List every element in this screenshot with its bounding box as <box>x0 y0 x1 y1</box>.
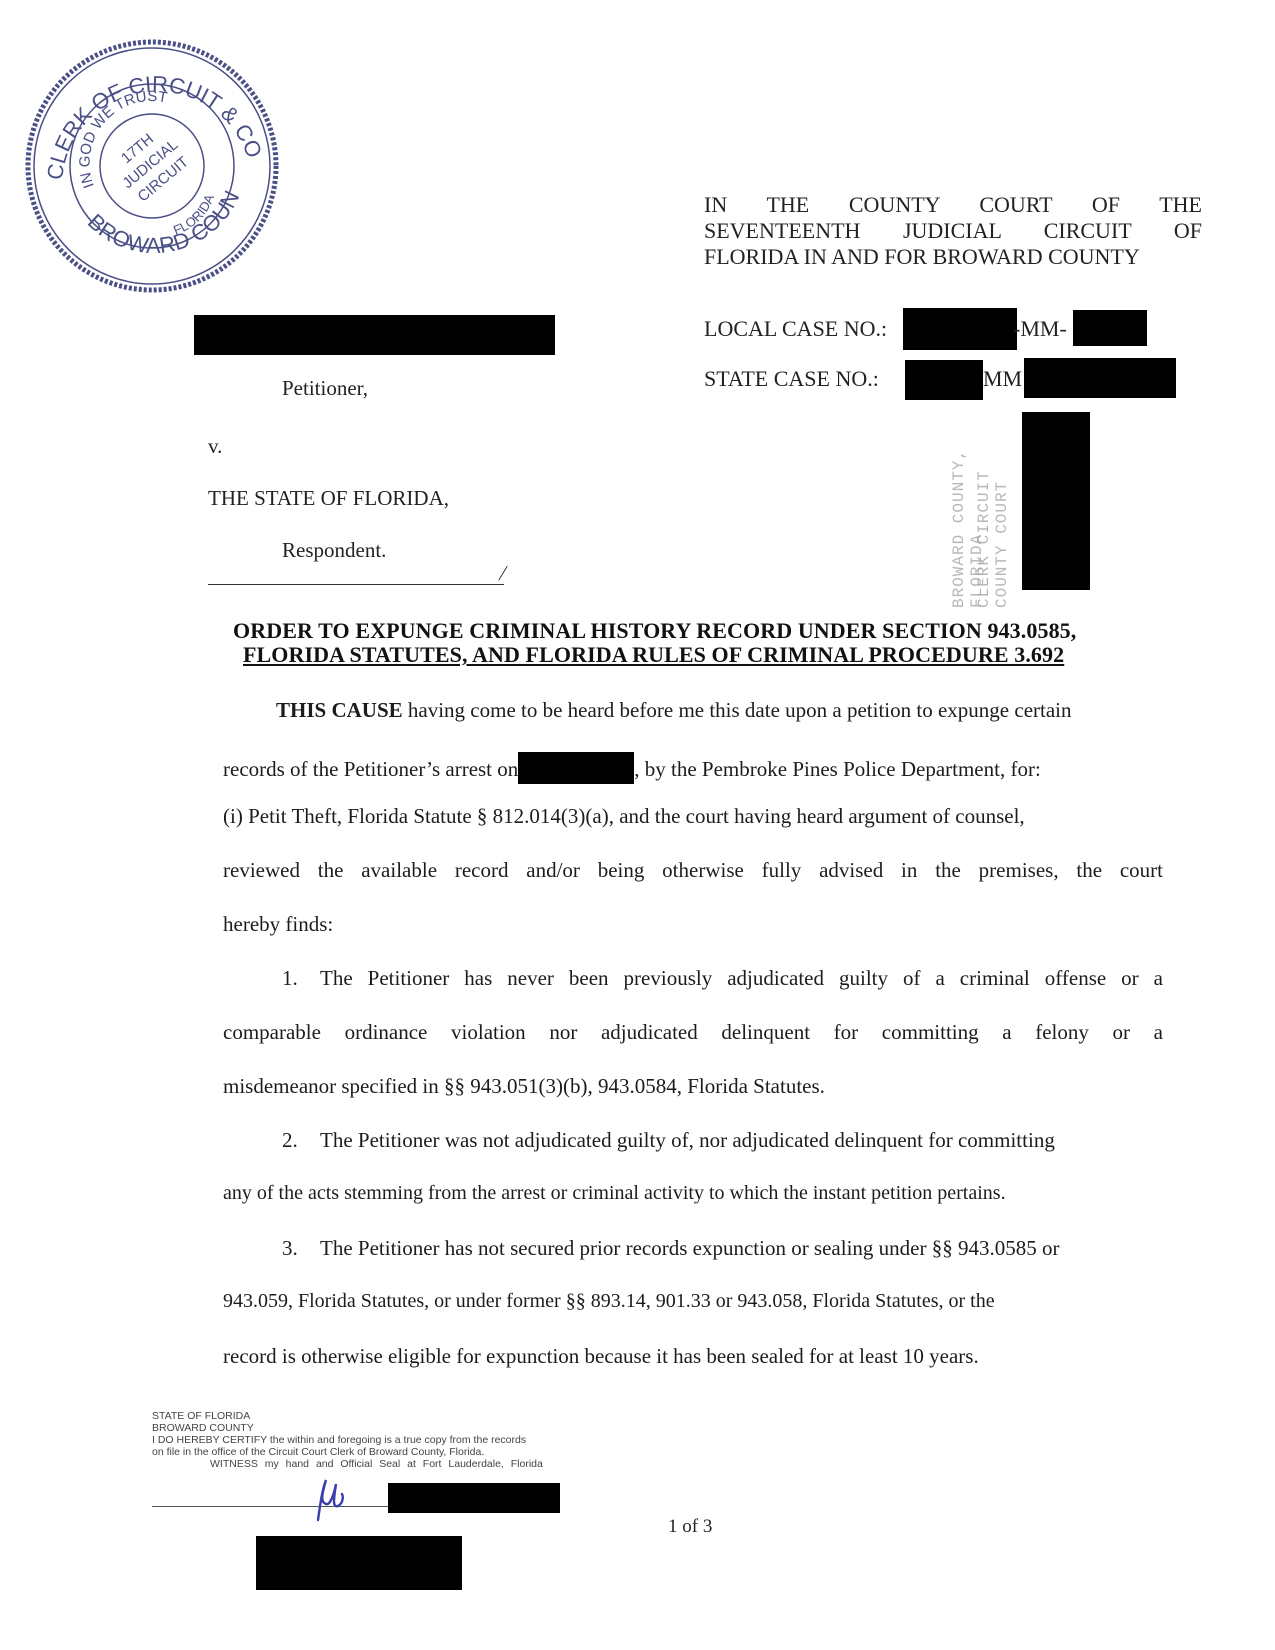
intro-line-2: records of the Petitioner’s arrest on, b… <box>223 752 1163 784</box>
court-line-2: SEVENTEENTH JUDICIAL CIRCUIT OF <box>704 218 1202 244</box>
court-caption: IN THE COUNTY COURT OF THE SEVENTEENTH J… <box>704 192 1202 270</box>
finding-2-line-2: any of the acts stemming from the arrest… <box>223 1182 1163 1205</box>
cert-line-3: I DO HEREBY CERTIFY the within and foreg… <box>152 1434 543 1446</box>
finding-1-line-1: The Petitioner has never been previously… <box>320 966 1163 991</box>
local-case-label: LOCAL CASE NO.: <box>704 316 887 342</box>
finding-1-line-3: misdemeanor specified in §§ 943.051(3)(b… <box>223 1074 1163 1099</box>
redacted-state-case-suffix <box>1024 358 1176 398</box>
certification-block: STATE OF FLORIDA BROWARD COUNTY I DO HER… <box>152 1410 543 1470</box>
redacted-local-case-suffix <box>1073 310 1147 346</box>
cert-line-5: WITNESS my hand and Official Seal at For… <box>152 1458 543 1470</box>
order-title-line-1: ORDER TO EXPUNGE CRIMINAL HISTORY RECORD… <box>233 618 1076 644</box>
intro-line-2-pre: records of the Petitioner’s arrest on <box>223 757 518 781</box>
page-number: 1 of 3 <box>668 1516 712 1538</box>
finding-1-number: 1. <box>282 966 306 991</box>
finding-3-line-1: The Petitioner has not secured prior rec… <box>320 1236 1163 1261</box>
local-case-mid: -MM- <box>1013 316 1067 342</box>
signature-line <box>152 1506 392 1507</box>
finding-3-line-2: 943.059, Florida Statutes, or under form… <box>223 1290 1163 1313</box>
intro-line-2-post: , by the Pembroke Pines Police Departmen… <box>634 757 1041 781</box>
redacted-arrest-date <box>518 752 634 784</box>
state-case-label: STATE CASE NO.: <box>704 366 879 392</box>
intro-bold: THIS CAUSE <box>276 698 403 722</box>
court-line-3: FLORIDA IN AND FOR BROWARD COUNTY <box>704 244 1202 270</box>
intro-line-5: hereby finds: <box>223 912 1163 937</box>
clerk-stamp-line-1: CLERK CIRCUIT COUNTY COURT <box>975 398 1011 608</box>
clerk-court-seal: CLERK OF CIRCUIT & COUNTY COURT BROWARD … <box>22 36 282 296</box>
finding-2-number: 2. <box>282 1128 306 1153</box>
redacted-state-case-prefix <box>905 360 983 400</box>
respondent-label: Respondent. <box>282 538 386 563</box>
redacted-local-case-prefix <box>903 308 1017 350</box>
redacted-stamp-block <box>1022 412 1090 590</box>
respondent-name: THE STATE OF FLORIDA, <box>208 486 449 511</box>
finding-1-line-2: comparable ordinance violation nor adjud… <box>223 1020 1163 1045</box>
intro-rest: having come to be heard before me this d… <box>403 698 1072 722</box>
intro-line-1: THIS CAUSE having come to be heard befor… <box>276 698 1164 723</box>
cert-line-1: STATE OF FLORIDA <box>152 1410 543 1422</box>
order-title-line-2: FLORIDA STATUTES, AND FLORIDA RULES OF C… <box>243 642 1064 668</box>
cert-line-2: BROWARD COUNTY <box>152 1422 543 1434</box>
finding-2-line-1: The Petitioner was not adjudicated guilt… <box>320 1128 1163 1153</box>
cert-line-4: on file in the office of the Circuit Cou… <box>152 1446 543 1458</box>
clerk-signature <box>312 1476 348 1529</box>
court-line-1: IN THE COUNTY COURT OF THE <box>704 192 1202 218</box>
caption-rule-slash: / <box>497 561 510 586</box>
intro-line-3: (i) Petit Theft, Florida Statute § 812.0… <box>223 804 1163 829</box>
petitioner-label: Petitioner, <box>282 376 368 401</box>
redacted-petitioner-name <box>194 315 555 355</box>
redacted-certification-date <box>388 1483 560 1513</box>
intro-line-4: reviewed the available record and/or bei… <box>223 858 1163 883</box>
redacted-clerk-name <box>256 1536 462 1590</box>
finding-3-line-3: record is otherwise eligible for expunct… <box>223 1344 1163 1369</box>
state-case-mid: MM <box>983 366 1022 392</box>
versus: v. <box>208 434 222 459</box>
finding-3-number: 3. <box>282 1236 306 1261</box>
caption-rule <box>208 584 504 585</box>
